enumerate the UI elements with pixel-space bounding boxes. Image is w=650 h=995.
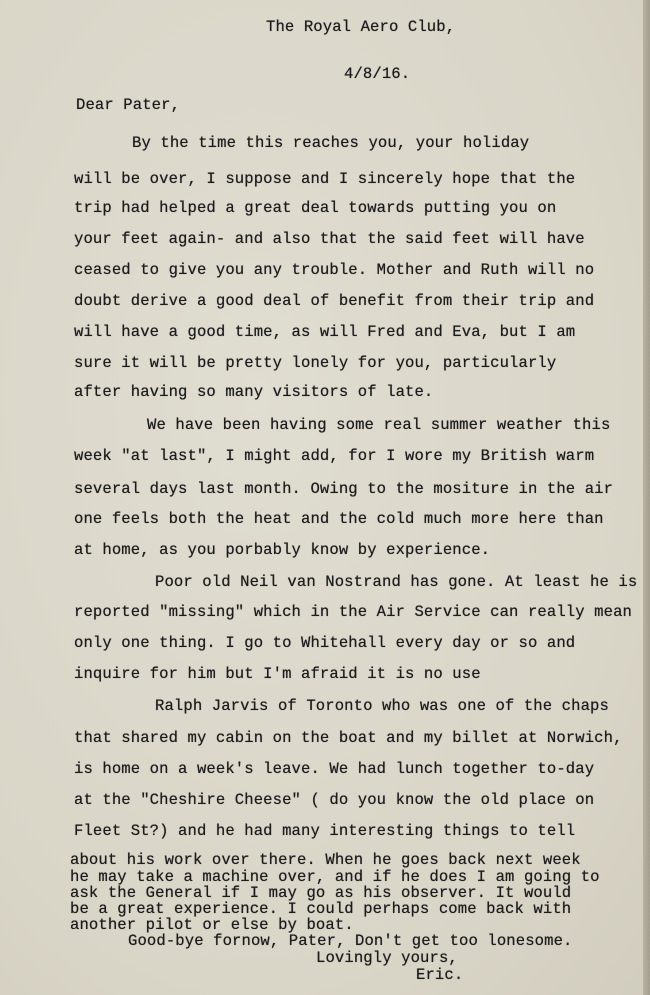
text-line: ceased to give you any trouble. Mother a… xyxy=(74,261,594,279)
text-line: only one thing. I go to Whitehall every … xyxy=(74,634,575,652)
text-line: trip had helped a great deal towards put… xyxy=(74,199,556,217)
text-line: doubt derive a good deal of benefit from… xyxy=(74,292,594,310)
text-line: inquire for him but I'm afraid it is no … xyxy=(74,665,481,683)
text-line: sure it will be pretty lonely for you, p… xyxy=(74,354,556,372)
text-line: your feet again- and also that the said … xyxy=(74,230,585,248)
text-line: Ralph Jarvis of Toronto who was one of t… xyxy=(155,697,609,715)
text-line: after having so many visitors of late. xyxy=(74,383,433,401)
text-line: is home on a week's leave. We had lunch … xyxy=(74,760,594,778)
text-line: reported "missing" which in the Air Serv… xyxy=(74,603,632,621)
letter-date: 4/8/16. xyxy=(344,65,410,83)
text-line: about his work over there. When he goes … xyxy=(70,851,581,869)
text-line: Fleet St?) and he had many interesting t… xyxy=(74,822,575,840)
farewell-line: Good-bye fornow, Pater, Don't get too lo… xyxy=(128,932,573,950)
text-line: at home, as you porbably know by experie… xyxy=(74,541,490,559)
text-line: Poor old Neil van Nostrand has gone. At … xyxy=(155,573,637,591)
text-line: at the "Cheshire Cheese" ( do you know t… xyxy=(74,791,594,809)
text-line: one feels both the heat and the cold muc… xyxy=(74,510,604,528)
text-line: several days last month. Owing to the mo… xyxy=(74,480,613,498)
text-line: week "at last", I might add, for I wore … xyxy=(74,447,594,465)
text-line: We have been having some real summer wea… xyxy=(147,416,610,434)
text-line: will have a good time, as will Fred and … xyxy=(74,323,575,341)
text-line: that shared my cabin on the boat and my … xyxy=(74,729,623,747)
paper-edge xyxy=(643,0,650,995)
text-line: By the time this reaches you, your holid… xyxy=(132,134,529,152)
letter-page: The Royal Aero Club, 4/8/16. Dear Pater,… xyxy=(0,0,643,995)
closing: Lovingly yours, xyxy=(316,949,458,967)
sender-address: The Royal Aero Club, xyxy=(266,18,455,36)
salutation: Dear Pater, xyxy=(76,96,180,114)
signature: Eric. xyxy=(416,966,463,984)
text-line: will be over, I suppose and I sincerely … xyxy=(74,170,575,188)
